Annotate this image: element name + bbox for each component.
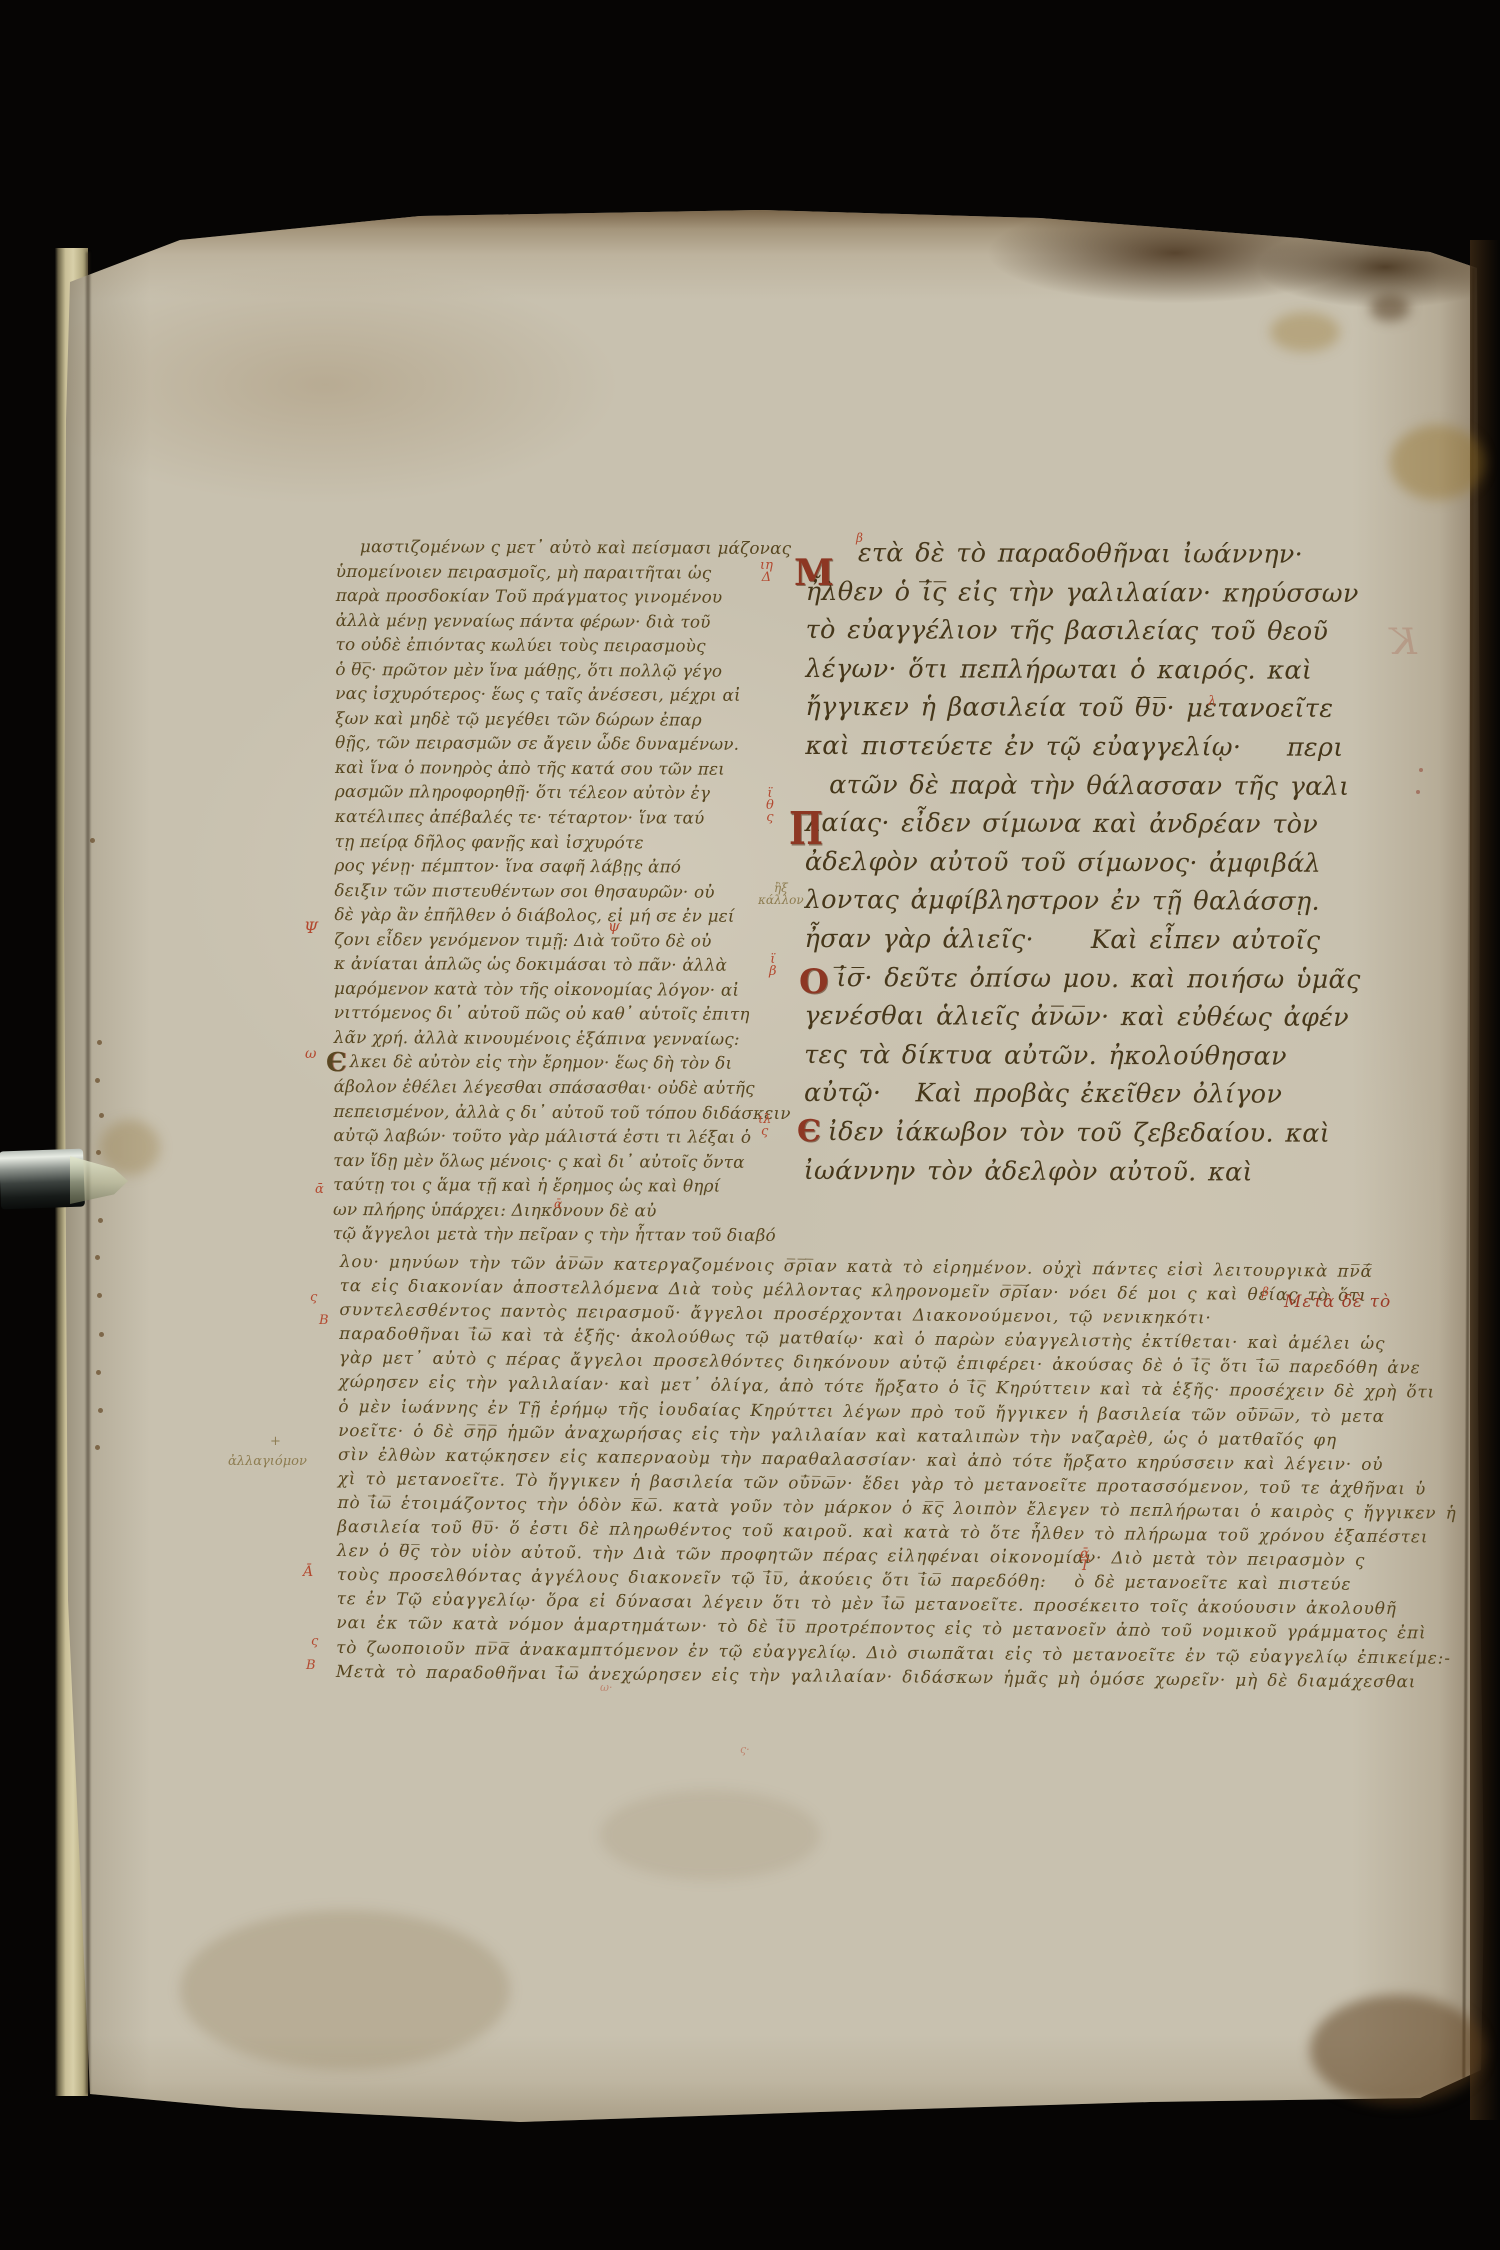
commentary-line: ζονι εἶδεν γενόμενον τιμῇ: Διὰ τοῦτο δὲ … — [334, 927, 796, 954]
inline-sign-psi: ψ — [608, 920, 620, 932]
wormhole — [95, 1078, 100, 1083]
drop-cap-pi: Π — [789, 803, 823, 856]
commentary-line: καὶ ἵνα ὁ πονηρὸς ἀπὸ τῆς κατά σου τῶν π… — [335, 755, 797, 782]
commentary-line: κ ἀνίαται ἁπλῶς ὡς δοκιμάσαι τὸ πᾶν· ἀλλ… — [334, 951, 796, 978]
commentary-line: ξων καὶ μηδὲ τῷ μεγέθει τῶν δώρων ἐπαρ — [335, 706, 797, 733]
wormhole — [97, 1293, 102, 1298]
margin-sign-omega: ω — [305, 1048, 316, 1060]
commentary-line: άβολον ἐθέλει λέγεσθαι σπάσασθαι· οὐδὲ α… — [334, 1074, 796, 1101]
lection-beta-sign: β — [1262, 1286, 1269, 1298]
gospel-line: τὸ εὐαγγέλιον τῆς βασιλείας τοῦ θεοῦ — [806, 611, 1286, 651]
ink-speck — [1416, 790, 1420, 794]
wormhole — [98, 1218, 103, 1223]
gospel-line: καὶ πιστεύετε ἐν τῷ εὐαγγελίῳ· περι — [805, 727, 1285, 767]
commentary-line: ρασμῶν πληροφορηθῇ· ὅτι τέλεον αὐτὸν ἐγ — [335, 779, 797, 806]
commentary-line: κατέλιπες ἀπέβαλές τε· τέταρτον· ἵνα ταύ — [335, 804, 797, 831]
verso-showthrough-letter: Κ — [1390, 622, 1417, 663]
commentary-line: πεπεισμένον, ἀλλὰ ς δι᾽ αὐτοῦ τοῦ τόπου … — [333, 1099, 795, 1126]
commentary-line: ταύτῃ τοι ς ἅμα τῇ καὶ ἡ ἔρημος ὡς καὶ θ… — [333, 1172, 795, 1199]
commentary-line: λᾶν χρή. ἀλλὰ κινουμένοις ἑξάπινα γενναί… — [334, 1025, 796, 1052]
canon-letter: β — [856, 532, 863, 544]
commentary-left-column: μαστιζομένων ς μετ᾽ αὐτὸ καὶ πείσμασι μά… — [333, 534, 798, 1248]
wormhole — [95, 1445, 100, 1450]
commentary-line: δὲ γὰρ ἂν ἐπῆλθεν ὁ διάβολος, εἰ μή σε ἐ… — [334, 902, 796, 929]
commentary-line: ὑπομείνοιεν πειρασμοῖς, μὴ παραιτῆται ὡς — [336, 559, 798, 586]
gospel-line: ἦλθεν ὁ ἰ̅ς̅ εἰς τὴν γαλιλαίαν· κηρύσσων — [806, 573, 1286, 613]
commentary-line: ἀλλὰ μένῃ γενναίως πάντα φέρων· διὰ τοῦ — [336, 608, 798, 635]
stain — [180, 1910, 510, 2070]
gospel-line: ατῶν δὲ παρὰ τὴν θάλασσαν τῆς γαλι — [805, 766, 1285, 806]
gospel-line: ἰ̅σ̅· δεῦτε ὀπίσω μου. καὶ ποιήσω ὑμᾶς — [804, 959, 1284, 999]
ink-speck — [1419, 768, 1423, 772]
section-number-stack: ιη Δ — [760, 560, 773, 584]
margin-sign-beta: Β — [319, 1315, 329, 1327]
corner-damage-stain — [1310, 1995, 1485, 2105]
margin-sign-alpha: ᾱ — [315, 1184, 324, 1196]
wormhole — [90, 838, 95, 843]
section-number-stack: ιλ ς — [758, 1114, 771, 1138]
section-number-stack: ϊ θ ς — [766, 788, 774, 824]
gospel-line: ἦσαν γὰρ ἁλιεῖς· Καὶ εἶπεν αὐτοῖς — [805, 920, 1285, 960]
commentary-line: ρος γένῃ· πέμπτον· ἵνα σαφῆ λάβῃς ἀπό — [335, 853, 797, 880]
commentary-line: το οὐδὲ ἐπιόντας κωλύει τοὺς πειρασμοὺς — [335, 632, 797, 659]
commentary-line: νιττόμενος δι᾽ αὐτοῦ πῶς οὐ καθ᾽ αὑτοῖς … — [334, 1000, 796, 1027]
correction-letter: λ — [1208, 696, 1216, 708]
commentary-line: αὐτῷ λαβών· τοῦτο γὰρ μάλιστά ἐστι τι λέ… — [333, 1123, 795, 1150]
gospel-line: ἰδεν ἰάκωβον τὸν τοῦ ζεβεδαίου. καὶ — [804, 1113, 1284, 1153]
chapter-number-stack: ᾱ Τ — [1080, 1548, 1089, 1572]
gospel-line: ετὰ δὲ τὸ παραδοθῆναι ἰωάννην· — [806, 534, 1286, 574]
wormhole — [95, 1255, 100, 1260]
drop-cap-epsilon: Є — [797, 1114, 821, 1149]
wormhole — [99, 1113, 104, 1118]
commentary-line: δειξιν τῶν πιστευθέντων σοι θησαυρῶν· οὐ — [334, 878, 796, 905]
fore-edge-shadow — [1470, 240, 1500, 2120]
gospel-column: ετὰ δὲ τὸ παραδοθῆναι ἰωάννην· ἦλθεν ὁ ἰ… — [804, 534, 1286, 1192]
section-number-stack: ϊ β — [769, 954, 777, 978]
gospel-line: λαίας· εἶδεν σίμωνα καὶ ἀνδρέαν τὸν — [805, 804, 1285, 844]
gospel-line: ἰωάννην τὸν ἀδελφὸν αὐτοῦ. καὶ — [804, 1151, 1284, 1191]
commentary-line: παρὰ προσδοκίαν Τοῦ πράγματος γινομένου — [336, 583, 798, 610]
commentary-line: μαρόμενον κατὰ τὸν τῆς οἰκονομίας λόγον·… — [334, 976, 796, 1003]
commentary-line: τῃ πείρᾳ δῆλος φανῇς καὶ ἰσχυρότε — [335, 829, 797, 856]
commentary-line: θῇς, τῶν πειρασμῶν σε ἄγειν ὧδε δυναμένω… — [335, 730, 797, 757]
commentary-bottom-block: λου· μηνύων τὴν τῶν ἀν̅ω̅ν κατεργαζομένο… — [336, 1249, 1436, 1693]
gospel-line: αὐτῷ· Καὶ προβὰς ἐκεῖθεν ὀλίγον — [804, 1074, 1284, 1114]
wormhole — [96, 1150, 101, 1155]
gospel-line: λοντας ἀμφίβληστρον ἐν τῇ θαλάσσῃ. — [805, 881, 1285, 921]
commentary-line: τῷ ἄγγελοι μετὰ τὴν πεῖραν ς τὴν ἧτταν τ… — [333, 1221, 795, 1248]
gospel-line: τες τὰ δίκτυα αὐτῶν. ἠκολούθησαν — [804, 1036, 1284, 1076]
interlinear-gloss: ἢξ κάλλον — [758, 882, 804, 906]
wormhole — [99, 1332, 104, 1337]
commentary-line: ὁ θ̅ς̅· πρῶτον μὲν ἵνα μάθῃς, ὅτι πολλῷ … — [335, 657, 797, 684]
stain — [1270, 312, 1340, 352]
stain — [100, 1120, 160, 1175]
commentary-line: λκει δὲ αὐτὸν εἰς τὴν ἔρημον· ἕως δὴ τὸν… — [334, 1049, 796, 1076]
margin-sign-beta: Β — [306, 1660, 316, 1672]
stain — [1390, 425, 1485, 500]
margin-sign-alpha-cap: Ᾱ — [303, 1566, 313, 1578]
wormhole — [98, 1408, 103, 1413]
gospel-line: ἀδελφὸν αὐτοῦ τοῦ σίμωνος· ἀμφιβάλ — [805, 843, 1285, 883]
margin-cross: + — [270, 1436, 281, 1448]
wormhole — [97, 1040, 102, 1045]
manuscript-photo: μαστιζομένων ς μετ᾽ αὐτὸ καὶ πείσμασι μά… — [0, 0, 1500, 2250]
margin-sign-stigma: ς — [310, 1292, 317, 1304]
tiny-quire-mark: ω· — [600, 1682, 612, 1694]
gospel-line: λέγων· ὅτι πεπλήρωται ὁ καιρός. καὶ — [805, 650, 1285, 690]
tiny-quire-mark: ς· — [740, 1744, 750, 1756]
commentary-initial-epsilon: Є — [326, 1048, 347, 1078]
margin-gloss-word: ἀλλαγιόμον — [228, 1456, 307, 1468]
drop-cap-omicron: Ο — [799, 962, 829, 1002]
wormhole — [96, 1370, 101, 1375]
commentary-line: μαστιζομένων ς μετ᾽ αὐτὸ καὶ πείσμασι μά… — [336, 534, 798, 561]
stain — [1370, 295, 1410, 321]
margin-sign-stigma: ς — [311, 1636, 318, 1648]
gospel-line: γενέσθαι ἁλιεῖς ἀν̅ω̅ν· καὶ εὐθέως ἀφέν — [804, 997, 1284, 1037]
lection-incipit-red: Μετὰ δὲ τὸ — [1284, 1292, 1391, 1312]
stain — [600, 1790, 820, 1880]
commentary-line: ων πλήρης ὑπάρχει: Διηκόνουν δὲ αὐ — [333, 1197, 795, 1224]
margin-sign-psi: Ψ — [304, 922, 318, 934]
commentary-line: νας ἰσχυρότερος· ἕως ς ταῖς ἀνέσεσι, μέχ… — [335, 681, 797, 708]
drop-cap-mu: Μ — [794, 552, 834, 594]
commentary-line: ταν ἴδῃ μὲν ὅλως μένοις· ς καὶ δι᾽ αὐτοῖ… — [333, 1148, 795, 1175]
inline-sign-alpha: ᾱ — [554, 1198, 562, 1210]
